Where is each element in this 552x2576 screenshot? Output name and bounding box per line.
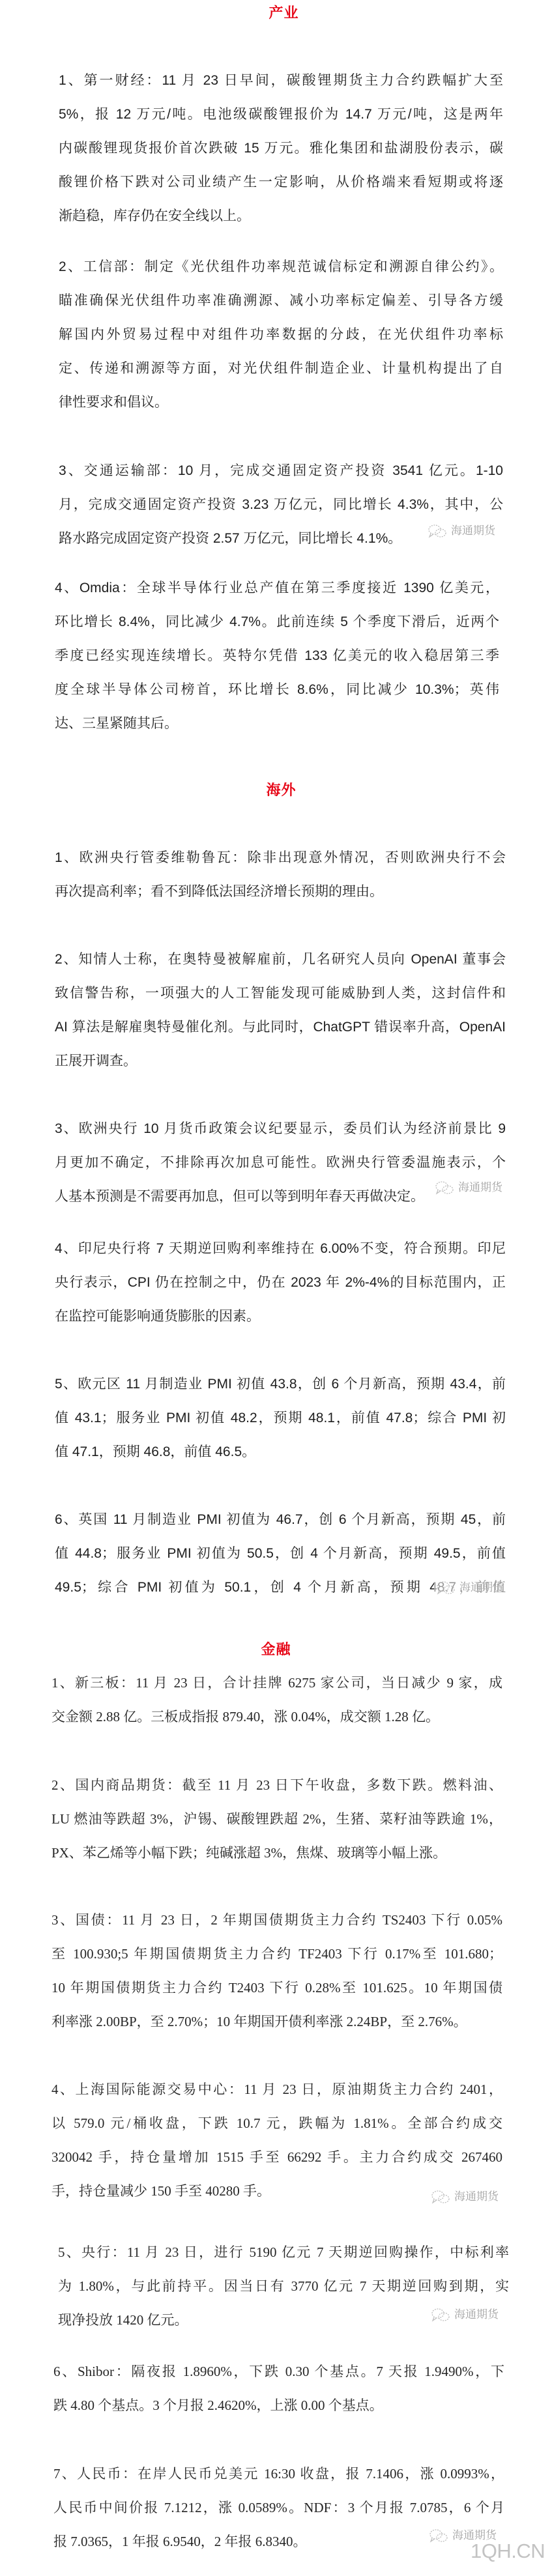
news-item-line: 央行表示，CPI 仍在控制之中，仍在 2023 年 2%-4%的目标范围内，正: [55, 1266, 506, 1300]
news-item-line: 利率涨 2.00BP，至 2.70%；10 年期国开债利率涨 2.24BP，至 …: [51, 2005, 502, 2039]
news-item-line: 月，完成交通固定资产投资 3.23 万亿元，同比增长 4.3%，其中，公: [59, 488, 503, 522]
news-item-line: 内碳酸锂现货报价首次跌破 15 万元。雅化集团和盐湖股份表示，碳: [59, 132, 503, 165]
news-item: 4、上海国际能源交易中心：11 月 23 日，原油期货主力合约 2401， 以 …: [51, 2072, 502, 2208]
watermark: 海通期货: [429, 2306, 500, 2323]
news-item-line: 季度已经实现连续增长。英特尔凭借 133 亿美元的收入稳居第三季: [55, 639, 499, 673]
news-item: 4、Omdia：全球半导体行业总产值在第三季度接近 1390 亿美元， 环比增长…: [55, 571, 499, 741]
news-item-line: 人民币中间价报 7.1212，涨 0.0589%。NDF：3 个月报 7.078…: [53, 2491, 504, 2525]
news-item: 1、第一财经：11 月 23 日早间，碳酸锂期货主力合约跌幅扩大至 5%，报 1…: [59, 64, 503, 233]
news-item-line: 渐趋稳，库存仍在安全线以上。: [59, 199, 503, 233]
news-item-line: 10 年期国债期货主力合约 T2403 下行 0.28%至 101.625。10…: [51, 1971, 502, 2005]
wechat-bubbles-icon: [427, 523, 448, 539]
news-item-line: 6、Shibor：隔夜报 1.8960%，下跌 0.30 个基点。7 天报 1.…: [53, 2354, 504, 2388]
news-item-line: 再次提高利率；看不到降低法国经济增长预期的理由。: [55, 875, 506, 909]
wechat-bubbles-icon: [434, 1180, 455, 1195]
watermark-text: 海通期货: [454, 2306, 499, 2323]
news-item-line: 值 43.1；服务业 PMI 初值 48.2，预期 48.1，前值 47.8；综…: [55, 1401, 506, 1435]
news-item: 5、欧元区 11 月制造业 PMI 初值 43.8，创 6 个月新高，预期 43…: [55, 1367, 506, 1469]
news-item-line: 达、三星紧随其后。: [55, 707, 499, 741]
section-title: 产业: [8, 3, 552, 23]
news-item-line: 交金额 2.88 亿。三板成指报 879.40，涨 0.04%，成交额 1.28…: [51, 1700, 502, 1734]
site-watermark: 1QH.CN: [471, 2541, 545, 2562]
wechat-bubbles-icon: [428, 2528, 449, 2543]
news-item-line: 值 44.8；服务业 PMI 初值为 50.5，创 4 个月新高，预期 49.5…: [55, 1537, 506, 1571]
news-item: 6、Shibor：隔夜报 1.8960%，下跌 0.30 个基点。7 天报 1.…: [53, 2354, 504, 2422]
watermark: 海通期货: [429, 2188, 500, 2205]
news-item-line: 1、第一财经：11 月 23 日早间，碳酸锂期货主力合约跌幅扩大至: [59, 64, 503, 98]
news-item-line: 以 579.0 元/桶收盘，下跌 10.7 元，跌幅为 1.81%。全部合约成交: [51, 2106, 502, 2140]
watermark-text: 海通期货: [458, 1179, 502, 1196]
news-item-line: 3、交通运输部：10 月，完成交通固定资产投资 3541 亿元。1-10: [59, 454, 503, 488]
news-item-line: 月更加不确定，不排除再次加息可能性。欧洲央行管委温施表示，个: [55, 1146, 506, 1180]
news-item: 4、印尼央行将 7 天期逆回购利率维持在 6.00%不变，符合预期。印尼 央行表…: [55, 1232, 506, 1334]
news-item-line: 酸锂价格下跌对公司业绩产生一定影响，从价格端来看短期或将逐: [59, 165, 503, 199]
news-item-line: 5、欧元区 11 月制造业 PMI 初值 43.8，创 6 个月新高，预期 43…: [55, 1367, 506, 1401]
news-item: 2、知情人士称，在奥特曼被解雇前，几名研究人员向 OpenAI 董事会 致信警告…: [55, 943, 506, 1078]
watermark-text: 海通期货: [451, 522, 495, 539]
news-item-line: 6、英国 11 月制造业 PMI 初值为 46.7，创 6 个月新高，预期 45…: [55, 1503, 506, 1537]
news-item-line: 1、新三板：11 月 23 日，合计挂牌 6275 家公司，当日减少 9 家，成: [51, 1666, 502, 1700]
news-item-line: PX、苯乙烯等小幅下跌；纯碱涨超 3%，焦煤、玻璃等小幅上涨。: [51, 1836, 502, 1870]
news-item-line: 至 100.930;5 年期国债期货主力合约 TF2403 下行 0.17%至 …: [51, 1937, 502, 1971]
news-item-line: 2、国内商品期货：截至 11 月 23 日下午收盘，多数下跌。燃料油、: [51, 1768, 502, 1802]
news-item-line: 5%，报 12 万元/吨。电池级碳酸锂报价为 14.7 万元/吨，这是两年: [59, 98, 503, 132]
news-item-line: 5、央行：11 月 23 日，进行 5190 亿元 7 天期逆回购操作，中标利率: [58, 2235, 509, 2269]
news-item-line: 在监控可能影响通货膨胀的因素。: [55, 1300, 506, 1334]
news-item-line: 瞄准确保光伏组件功率准确溯源、减小功率标定偏差、引导各方缓: [59, 284, 503, 318]
news-item-line: 4、上海国际能源交易中心：11 月 23 日，原油期货主力合约 2401，: [51, 2072, 502, 2106]
news-item: 3、欧洲央行 10 月货币政策会议纪要显示，委员们认为经济前景比 9 月更加不确…: [55, 1112, 506, 1214]
wechat-bubbles-icon: [430, 2189, 451, 2205]
section-title: 金融: [0, 1640, 552, 1659]
news-item: 2、国内商品期货：截至 11 月 23 日下午收盘，多数下跌。燃料油、 LU 燃…: [51, 1768, 502, 1870]
news-item-line: 律性要求和倡议。: [59, 386, 503, 420]
news-item-line: 320042 手，持仓量增加 1515 手至 66292 手。主力合约成交 26…: [51, 2140, 502, 2174]
news-item-line: 3、欧洲央行 10 月货币政策会议纪要显示，委员们认为经济前景比 9: [55, 1112, 506, 1146]
watermark: 海通期货: [426, 522, 497, 539]
news-item: 3、国债：11 月 23 日，2 年期国债期货主力合约 TS2403 下行 0.…: [51, 1903, 502, 2039]
news-item-line: 度全球半导体公司榜首，环比增长 8.6%，同比减少 10.3%；英伟: [55, 673, 499, 707]
news-item: 2、工信部：制定《光伏组件功率规范诚信标定和溯源自律公约》。 瞄准确保光伏组件功…: [59, 250, 503, 420]
news-item: 3、交通运输部：10 月，完成交通固定资产投资 3541 亿元。1-10 月，完…: [59, 454, 503, 556]
news-item-line: AI 算法是解雇奥特曼催化剂。与此同时，ChatGPT 错误率升高，OpenAI: [55, 1010, 506, 1044]
news-item-line: 4、Omdia：全球半导体行业总产值在第三季度接近 1390 亿美元，: [55, 571, 499, 605]
news-item-line: 值 47.1，预期 46.8，前值 46.5。: [55, 1435, 506, 1469]
news-item-line: 7、人民币：在岸人民币兑美元 16:30 收盘，报 7.1406，涨 0.099…: [53, 2457, 504, 2491]
watermark: 海通期货: [433, 1179, 504, 1196]
news-item-line: 致信警告称，一项强大的人工智能发现可能威胁到人类，这封信件和: [55, 977, 506, 1010]
wechat-bubbles-icon: [435, 1580, 456, 1596]
news-item-line: 4、印尼央行将 7 天期逆回购利率维持在 6.00%不变，符合预期。印尼: [55, 1232, 506, 1266]
news-item: 1、新三板：11 月 23 日，合计挂牌 6275 家公司，当日减少 9 家，成…: [51, 1666, 502, 1734]
news-item-line: 1、欧洲央行管委维勒鲁瓦：除非出现意外情况，否则欧洲央行不会: [55, 841, 506, 875]
news-item-line: 2、知情人士称，在奥特曼被解雇前，几名研究人员向 OpenAI 董事会: [55, 943, 506, 977]
news-item-line: 定、传递和溯源等方面，对光伏组件制造企业、计量机构提出了自: [59, 352, 503, 386]
news-item-line: 解国内外贸易过程中对组件功率数据的分歧，在光伏组件功率标: [59, 318, 503, 352]
section-title: 海外: [5, 780, 552, 800]
news-item-line: LU 燃油等跌超 3%，沪锡、碳酸锂跌超 2%，生猪、菜籽油等跌逾 1%，: [51, 1802, 502, 1836]
wechat-bubbles-icon: [430, 2307, 451, 2323]
news-item-line: 跌 4.80 个基点。3 个月报 2.4620%，上涨 0.00 个基点。: [53, 2388, 504, 2422]
news-item-line: 为 1.80%，与此前持平。因当日有 3770 亿元 7 天期逆回购到期，实: [58, 2269, 509, 2303]
watermark-text: 海通期货: [459, 1579, 504, 1596]
news-item-line: 正展开调查。: [55, 1044, 506, 1078]
watermark-text: 海通期货: [454, 2188, 499, 2205]
news-brief-document: 产业 1、第一财经：11 月 23 日早间，碳酸锂期货主力合约跌幅扩大至 5%，…: [0, 0, 552, 2576]
news-item-line: 环比增长 8.4%，同比减少 4.7%。此前连续 5 个季度下滑后，近两个: [55, 605, 499, 639]
news-item-line: 2、工信部：制定《光伏组件功率规范诚信标定和溯源自律公约》。: [59, 250, 503, 284]
watermark: 海通期货: [434, 1579, 505, 1596]
news-item: 1、欧洲央行管委维勒鲁瓦：除非出现意外情况，否则欧洲央行不会 再次提高利率；看不…: [55, 841, 506, 909]
news-item-line: 3、国债：11 月 23 日，2 年期国债期货主力合约 TS2403 下行 0.…: [51, 1903, 502, 1937]
